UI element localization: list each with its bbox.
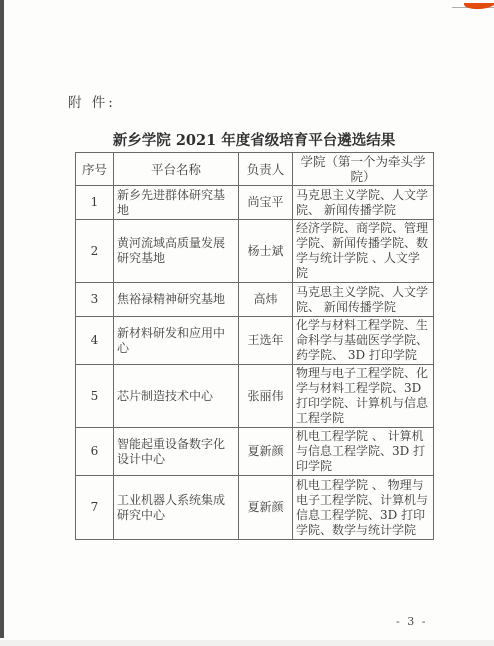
table-row: 3 焦裕禄精神研究基地 高炜 马克思主义学院、人文学院、 新闻传播学院: [76, 283, 434, 317]
scan-edge-left: [0, 0, 4, 638]
document-title: 新乡学院 2021 年度省级培育平台遴选结果: [75, 129, 433, 150]
row-platform: 芯片制造技术中心: [114, 365, 239, 428]
row-platform: 工业机器人系统集成研究中心: [114, 476, 239, 540]
row-no: 4: [76, 317, 114, 365]
header-colleges: 学院（第一个为牵头学院）: [293, 153, 434, 186]
header-leader: 负责人: [239, 153, 293, 186]
page-number: - 3 -: [396, 615, 427, 628]
row-no: 1: [76, 186, 114, 220]
row-platform: 新乡先进群体研究基地: [114, 186, 239, 220]
row-no: 2: [76, 220, 114, 283]
row-colleges: 马克思主义学院、人文学院、 新闻传播学院: [293, 186, 434, 220]
table-header-row: 序号 平台名称 负责人 学院（第一个为牵头学院）: [76, 153, 434, 186]
table-row: 7 工业机器人系统集成研究中心 夏新颜 机电工程学院 、 物理与电子工程学院、计…: [76, 476, 434, 540]
row-leader: 夏新颜: [239, 476, 293, 540]
table-row: 1 新乡先进群体研究基地 尚宝平 马克思主义学院、人文学院、 新闻传播学院: [76, 186, 434, 220]
row-colleges: 经济学院、商学院、管理学院、新闻传播学院、数学与统计学院 、人文学院: [293, 220, 434, 283]
scan-edge-bottom: [0, 640, 494, 646]
row-platform: 新材料研发和应用中心: [114, 317, 239, 365]
row-no: 7: [76, 476, 114, 540]
row-colleges: 机电工程学院 、 物理与电子工程学院、计算机与信息工程学院、3D 打印学院、数学…: [293, 476, 434, 540]
row-platform: 黄河流域高质量发展研究基地: [114, 220, 239, 283]
row-leader: 王选年: [239, 317, 293, 365]
row-leader: 张丽伟: [239, 365, 293, 428]
header-no: 序号: [76, 153, 114, 186]
row-leader: 高炜: [239, 283, 293, 317]
row-platform: 智能起重设备数字化设计中心: [114, 428, 239, 476]
row-leader: 夏新颜: [239, 428, 293, 476]
table-row: 2 黄河流域高质量发展研究基地 杨士斌 经济学院、商学院、管理学院、新闻传播学院…: [76, 220, 434, 283]
table-row: 5 芯片制造技术中心 张丽伟 物理与电子工程学院、化学与材料工程学院、3D 打印…: [76, 365, 434, 428]
row-colleges: 机电工程学院 、 计算机与信息工程学院、3D 打印学院: [293, 428, 434, 476]
table-row: 4 新材料研发和应用中心 王选年 化学与材料工程学院、生命科学与基础医学学院、药…: [76, 317, 434, 365]
row-no: 5: [76, 365, 114, 428]
row-colleges: 马克思主义学院、人文学院、 新闻传播学院: [293, 283, 434, 317]
scanned-document-page: 附 件: 新乡学院 2021 年度省级培育平台遴选结果 序号 平台名称 负责人 …: [0, 0, 494, 646]
row-leader: 尚宝平: [239, 186, 293, 220]
orange-swoosh-stamp-icon: [460, 0, 494, 12]
row-no: 6: [76, 428, 114, 476]
table-row: 6 智能起重设备数字化设计中心 夏新颜 机电工程学院 、 计算机与信息工程学院、…: [76, 428, 434, 476]
attachment-label: 附 件:: [68, 91, 116, 111]
row-no: 3: [76, 283, 114, 317]
row-leader: 杨士斌: [239, 220, 293, 283]
row-colleges: 物理与电子工程学院、化学与材料工程学院、3D 打印学院、计算机与信息工程学院: [293, 365, 434, 428]
header-platform: 平台名称: [114, 153, 239, 186]
row-platform: 焦裕禄精神研究基地: [114, 283, 239, 317]
row-colleges: 化学与材料工程学院、生命科学与基础医学学院、药学院、 3D 打印学院: [293, 317, 434, 365]
selection-results-table: 序号 平台名称 负责人 学院（第一个为牵头学院） 1 新乡先进群体研究基地 尚宝…: [75, 152, 434, 540]
